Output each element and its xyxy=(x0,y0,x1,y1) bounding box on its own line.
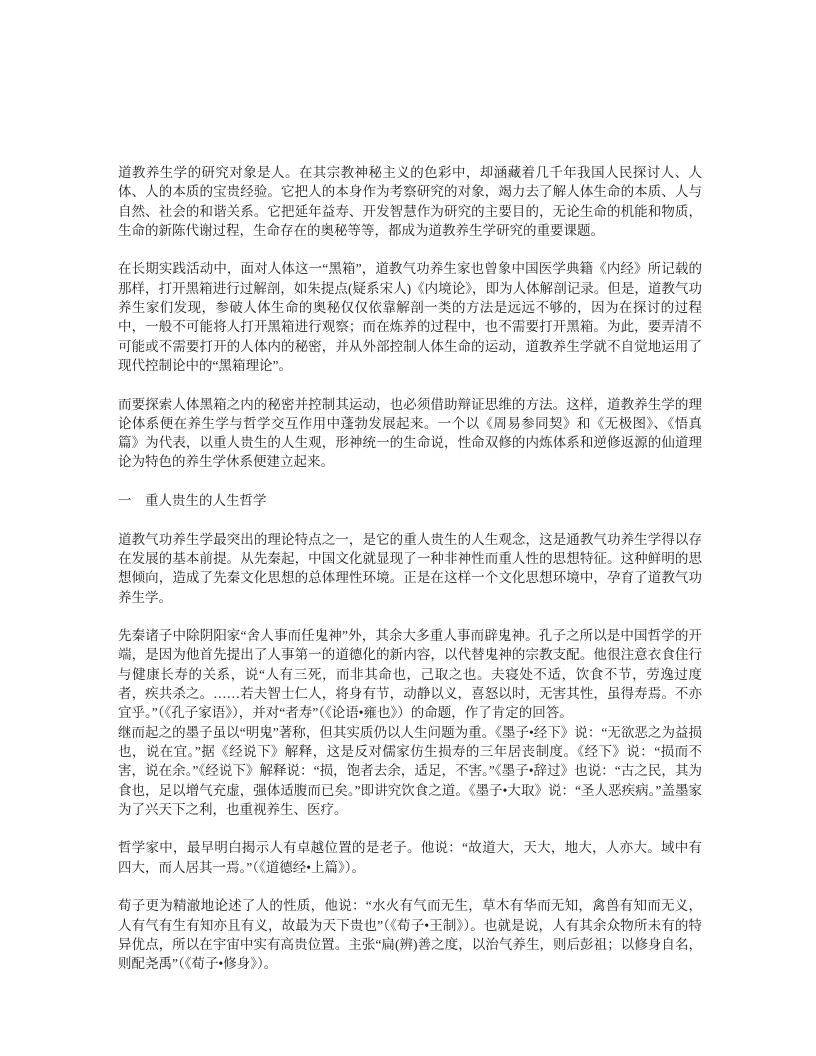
paragraph-intro: 道教养生学的研究对象是人。在其宗教神秘主义的色彩中，却涵藏着几千年我国人民探讨人… xyxy=(118,163,702,240)
paragraph-xunzi: 荀子更为精澈地论述了人的性质，他说：“水火有气而无生，草木有华而无知，禽兽有知而… xyxy=(118,896,702,973)
section-heading: 一 重人贵生的人生哲学 xyxy=(118,491,702,510)
paragraph-black-box: 在长期实践活动中，面对人体这一“黑箱”，道教气功养生家也曾象中国医学典籍《内经》… xyxy=(118,259,702,375)
paragraph-pre-qin-background: 道教气功养生学最突出的理论特点之一，是它的重人贵生的人生观念，这是通教气功养生学… xyxy=(118,530,702,607)
paragraph-confucius: 先秦诸子中除阴阳家“舍人事而任鬼神”外，其余大多重人事而辟鬼神。孔子之所以是中国… xyxy=(118,626,702,722)
paragraph-theory-system: 而要探索人体黑箱之内的秘密并控制其运动，也必须借助辩证思维的方法。这样，道教养生… xyxy=(118,395,702,472)
paragraph-mozi: 继而起之的墨子虽以“明鬼”著称，但其实质仍以人生问题为重。《墨子•经下》说：“无… xyxy=(118,723,702,819)
paragraph-laozi: 哲学家中，最早明白揭示人有卓越位置的是老子。他说：“故道大，天大，地大，人亦大。… xyxy=(118,838,702,877)
document-page: 道教养生学的研究对象是人。在其宗教神秘主义的色彩中，却涵藏着几千年我国人民探讨人… xyxy=(0,0,816,1056)
text-block: 道教养生学的研究对象是人。在其宗教神秘主义的色彩中，却涵藏着几千年我国人民探讨人… xyxy=(118,163,702,993)
